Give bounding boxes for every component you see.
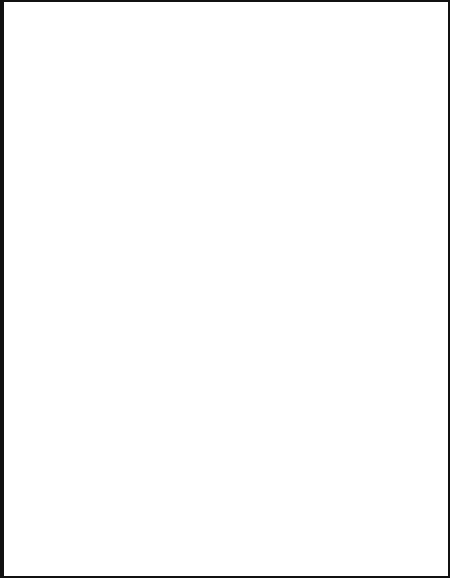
copyright-page (0, 0, 450, 578)
